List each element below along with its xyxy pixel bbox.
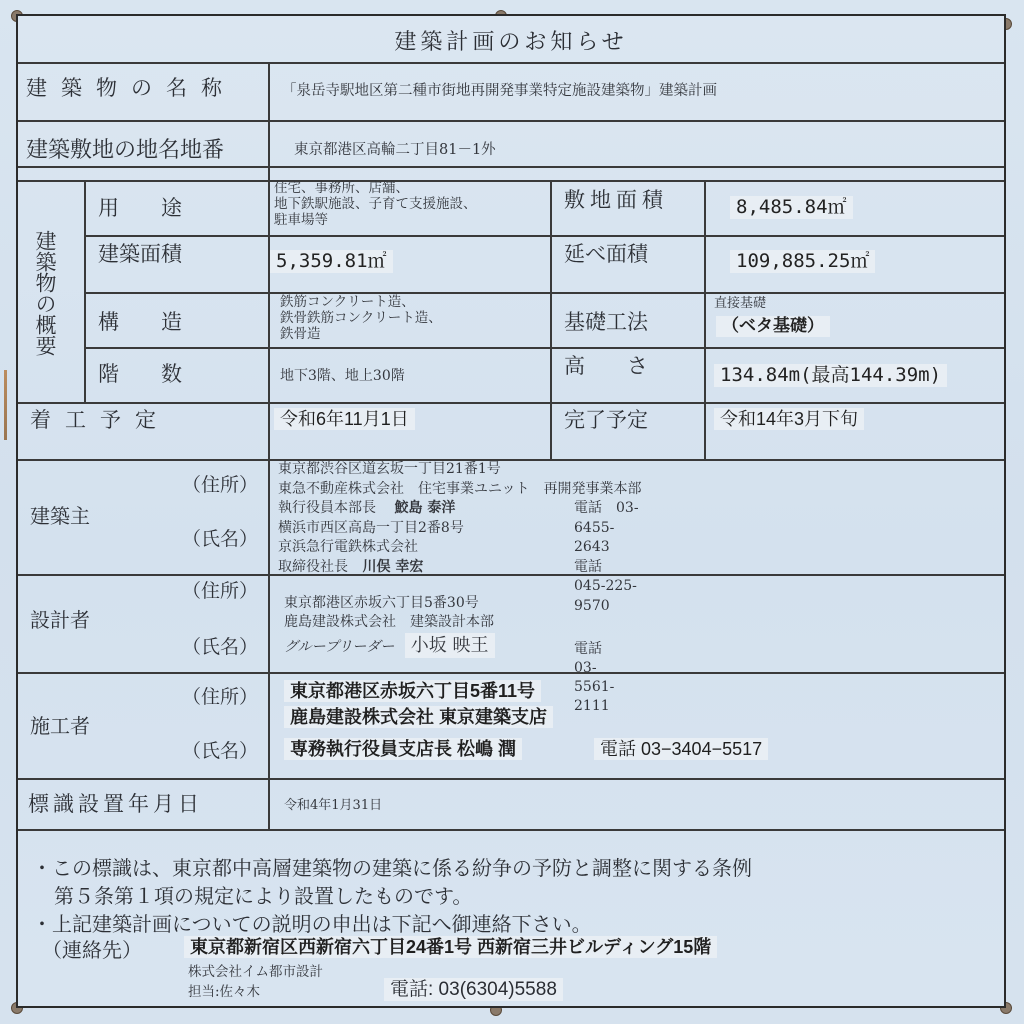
structure-label: 構 造 bbox=[98, 312, 182, 333]
owner-rep2-line: 取締役社長 川俣 幸宏 電話 045-225-9570 bbox=[278, 558, 641, 578]
contractor-name-tag: （氏名） bbox=[182, 742, 258, 761]
owner-rep1-name: 鮫島 泰洋 bbox=[394, 500, 455, 516]
structure-line: 鉄骨造 bbox=[280, 326, 442, 342]
end-label: 完了予定 bbox=[564, 410, 648, 431]
divider bbox=[84, 292, 1004, 294]
note1-line2: 第５条第１項の規定により設置したものです。 bbox=[54, 886, 472, 906]
start-value: 令和6年11月1日 bbox=[274, 408, 415, 430]
owner-rep2-name: 川俣 幸宏 bbox=[362, 559, 423, 575]
note1-line1: ・この標識は、東京都中高層建築物の建築に係る紛争の予防と調整に関する条例 bbox=[32, 858, 752, 878]
notice-board: 建築計画のお知らせ 建築物の名称 「泉岳寺駅地区第二種市街地再開発事業特定施設建… bbox=[16, 14, 1006, 1008]
contractor-address: 東京都港区赤坂六丁目5番11号 bbox=[284, 680, 541, 702]
contact-phone: 電話: 03(6304)5588 bbox=[384, 978, 563, 1001]
divider bbox=[550, 180, 552, 459]
divider bbox=[268, 62, 270, 829]
owner-address-line: 東京都渋谷区道玄坂一丁目21番1号 bbox=[278, 460, 641, 480]
contractor-address-tag: （住所） bbox=[182, 688, 258, 707]
owner-rep1-phone: 電話 03-6455-2643 bbox=[574, 499, 641, 558]
designer-rep-phone: 電話 03-5561-2111 bbox=[574, 640, 614, 716]
floors-value: 地下3階、地上30階 bbox=[280, 368, 405, 385]
overview-group-label: 建築物の概要 bbox=[34, 230, 56, 356]
owner-rep1-line: 執行役員本部長 鮫島 泰洋 電話 03-6455-2643 bbox=[278, 499, 641, 519]
designer-rep-name: 小坂 映王 bbox=[405, 633, 495, 658]
site-address-label: 建築敷地の地名地番 bbox=[26, 140, 224, 162]
usage-value: 住宅、事務所、店舗、 地下鉄駅施設、子育て支援施設、 駐車場等 bbox=[274, 180, 477, 229]
owner-details: 東京都渋谷区道玄坂一丁目21番1号 東急不動産株式会社 住宅事業ユニット 再開発… bbox=[278, 460, 641, 577]
contractor-label: 施工者 bbox=[30, 716, 90, 736]
contractor-company: 鹿島建設株式会社 東京建築支店 bbox=[284, 706, 553, 728]
floors-label: 階 数 bbox=[98, 364, 182, 385]
divider bbox=[84, 235, 1004, 237]
total-floor-area-value: 109,885.25㎡ bbox=[730, 250, 875, 273]
divider bbox=[18, 402, 1004, 404]
start-label: 着工予定 bbox=[30, 410, 170, 431]
divider bbox=[18, 672, 1004, 674]
note2: ・上記建築計画についての説明の申出は下記へ御連絡下さい。 bbox=[32, 914, 592, 934]
divider bbox=[18, 62, 1004, 64]
owner-name-tag: （氏名） bbox=[182, 530, 258, 549]
designer-rep-title: グループリーダー bbox=[284, 639, 394, 655]
usage-line: 駐車場等 bbox=[274, 212, 477, 228]
foundation-value: （ベタ基礎） bbox=[716, 316, 830, 337]
contact-address: 東京都新宿区西新宿六丁目24番1号 西新宿三井ビルディング15階 bbox=[184, 936, 717, 958]
divider bbox=[18, 166, 1004, 168]
sign-date-value: 令和4年1月31日 bbox=[284, 798, 382, 814]
designer-details: 東京都港区赤坂六丁目5番30号 鹿島建設株式会社 建築設計本部 グループリーダー… bbox=[284, 594, 495, 657]
owner-rep2-phone: 電話 045-225-9570 bbox=[574, 558, 641, 617]
contact-company: 株式会社イム都市設計 bbox=[188, 964, 323, 980]
divider bbox=[18, 180, 1004, 182]
divider bbox=[84, 347, 1004, 349]
rust-streak bbox=[4, 370, 7, 440]
total-floor-area-label: 延べ面積 bbox=[564, 244, 648, 265]
site-address-value: 東京都港区高輪二丁目81－1外 bbox=[294, 142, 496, 159]
structure-value: 鉄筋コンクリート造、 鉄骨鉄筋コンクリート造、 鉄骨造 bbox=[280, 294, 442, 343]
divider bbox=[18, 829, 1004, 831]
building-name-value: 「泉岳寺駅地区第二種市街地再開発事業特定施設建築物」建築計画 bbox=[282, 83, 717, 100]
building-area-value: 5,359.81㎡ bbox=[270, 250, 393, 273]
designer-label: 設計者 bbox=[30, 610, 90, 630]
page-title: 建築計画のお知らせ bbox=[18, 32, 1004, 54]
height-label: 高 さ bbox=[564, 356, 648, 377]
designer-address-tag: （住所） bbox=[182, 582, 258, 601]
contact-label: （連絡先） bbox=[42, 940, 142, 960]
sign-date-label: 標識設置年月日 bbox=[28, 794, 203, 815]
designer-company-line: 鹿島建設株式会社 建築設計本部 bbox=[284, 613, 495, 632]
height-value: 134.84m(最高144.39m) bbox=[714, 364, 947, 387]
usage-line: 住宅、事務所、店舗、 bbox=[274, 180, 477, 196]
usage-label: 用 途 bbox=[98, 198, 182, 219]
building-area-label: 建築面積 bbox=[98, 244, 182, 265]
divider bbox=[84, 180, 86, 402]
site-area-value: 8,485.84㎡ bbox=[730, 196, 853, 219]
designer-rep-line: グループリーダー 小坂 映王 電話 03-5561-2111 bbox=[284, 636, 495, 657]
usage-line: 地下鉄駅施設、子育て支援施設、 bbox=[274, 196, 477, 212]
contractor-rep: 専務執行役員支店長 松嶋 潤 bbox=[284, 738, 522, 760]
divider bbox=[18, 120, 1004, 122]
contact-person: 担当:佐々木 bbox=[188, 984, 260, 1000]
end-value: 令和14年3月下旬 bbox=[714, 408, 864, 430]
owner-company-line: 東急不動産株式会社 住宅事業ユニット 再開発事業本部 bbox=[278, 480, 641, 500]
designer-name-tag: （氏名） bbox=[182, 638, 258, 657]
owner-rep2-title: 取締役社長 bbox=[278, 559, 348, 575]
designer-address-line: 東京都港区赤坂六丁目5番30号 bbox=[284, 594, 495, 613]
divider bbox=[704, 180, 706, 459]
foundation-value-small: 直接基礎 bbox=[714, 296, 766, 312]
building-name-label: 建築物の名称 bbox=[26, 78, 236, 99]
owner-label: 建築主 bbox=[30, 506, 90, 526]
structure-line: 鉄筋コンクリート造、 bbox=[280, 294, 442, 310]
contractor-phone: 電話 03−3404−5517 bbox=[594, 738, 768, 760]
owner-address-tag: （住所） bbox=[182, 476, 258, 495]
divider bbox=[18, 778, 1004, 780]
site-area-label: 敷地面積 bbox=[564, 190, 668, 211]
owner-rep1-title: 執行役員本部長 bbox=[278, 500, 376, 516]
foundation-label: 基礎工法 bbox=[564, 312, 648, 333]
structure-line: 鉄骨鉄筋コンクリート造、 bbox=[280, 310, 442, 326]
